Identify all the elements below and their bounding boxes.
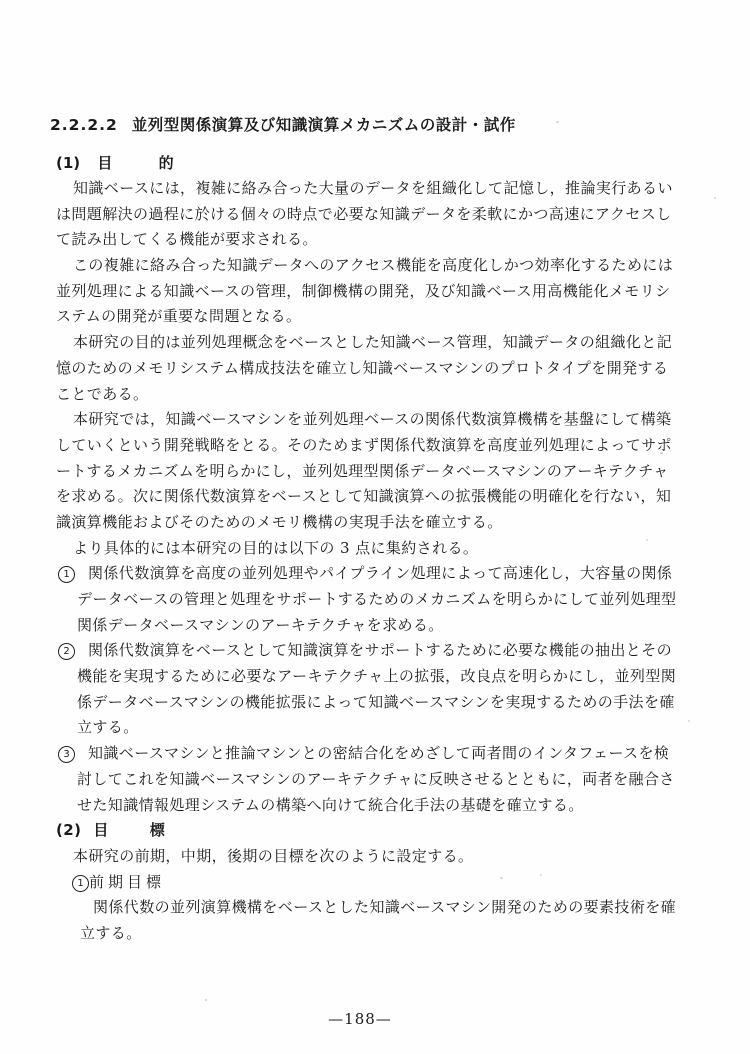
scan-speck [627,186,630,188]
line-text: は問題解決の過程に於ける個々の時点で必要な知識データを柔軟にかつ高速にアクセスし [56,205,672,223]
line-text: 関係代数演算をベースとして知識演算をサポートするために必要な機能の抽出とその [88,641,672,659]
document-content: 2.2.2.2 並列型関係演算及び知識演算メカニズムの設計・試作 (1) 目 的… [56,112,726,947]
circled-number-marker: 1 [58,566,75,583]
line-text: ことである。 [56,385,148,403]
scan-speck [100,642,102,644]
line-text: 立する。 [80,924,142,942]
scan-speck [640,906,643,908]
list-item-line: 2関係代数演算をベースとして知識演算をサポートするために必要な機能の抽出とその [56,638,726,664]
scan-speck [628,361,630,363]
line-text: 前期目標 [89,873,165,891]
line-text: 本研究の前期，中期，後期の目標を次のように設定する。 [73,847,473,865]
text-line: ートするメカニズムを明らかにし，並列処理型関係データベースマシンのアーキテクチャ [56,459,726,485]
line-text: データベースの管理と処理をサポートするためのメカニズムを明らかにして並列処理型 [77,590,676,608]
purpose-heading-char2: 的 [159,154,174,172]
line-text: 関係データベースマシンのアーキテクチャを求める。 [77,616,444,634]
line-text: ートするメカニズムを明らかにし，並列処理型関係データベースマシンのアーキテクチャ [56,462,669,480]
goals-heading-char2: 標 [150,821,165,839]
text-line: 憶のためのメモリシステム構成技法を確立し知識ベースマシンのプロトタイプを開発する [56,356,726,382]
line-text: 知識ベースマシンと推論マシンとの密結合化をめざして両者間のインタフェースを検 [88,744,669,762]
text-line: は問題解決の過程に於ける個々の時点で必要な知識データを柔軟にかつ高速にアクセスし [56,202,726,228]
purpose-heading-char1: 目 [97,154,112,172]
text-line: 関係データベースマシンのアーキテクチャを求める。 [56,613,726,639]
circled-number-marker: 2 [58,643,75,660]
document-page: 2.2.2.2 並列型関係演算及び知識演算メカニズムの設計・試作 (1) 目 的… [0,0,750,1054]
text-line: この複雑に絡み合った知識データへのアクセス機能を高度化しかつ効率化するためには [56,253,726,279]
scan-speck [205,999,207,1001]
list-item-line: 1関係代数演算を高度の並列処理やパイプライン処理によって高速化し，大容量の関係 [56,561,726,587]
section-title-row: 2.2.2.2 並列型関係演算及び知識演算メカニズムの設計・試作 [50,112,726,138]
text-line: ステムの開発が重要な問題となる。 [56,304,726,330]
purpose-heading-number: (1) [56,154,80,172]
line-text: この複雑に絡み合った知識データへのアクセス機能を高度化しかつ効率化するためには [73,256,673,274]
line-text: 並列処理による知識ベースの管理，制御機構の開発，及び知識ベース用高機能化メモリシ [56,282,671,300]
text-line: 本研究の目的は並列処理概念をベースとした知識ベース管理，知識データの組織化と記 [56,330,726,356]
scan-speck [646,539,648,541]
scan-speck [714,197,716,199]
text-line: 本研究の前期，中期，後期の目標を次のように設定する。 [56,844,726,870]
line-text: 関係代数の並列演算機構をベースとした知識ベースマシン開発のための要素技術を確 [93,898,676,916]
line-text: て読み出してくる機能が要求される。 [56,230,318,248]
text-line: 知識ベースには，複雑に絡み合った大量のデータを組織化して記憶し，推論実行あるい [56,176,726,202]
section-number: 2.2.2.2 [50,116,118,134]
line-text: を求める。次に関係代数演算をベースとして知識演算への拡張機能の明確化を行ない，知 [56,487,671,505]
line-text: より具体的には本研究の目的は以下の 3 点に集約される。 [73,539,478,557]
line-text: 識演算機能およびそのためのメモリ機構の実現手法を確立する。 [56,513,503,531]
list-item-line: 3知識ベースマシンと推論マシンとの密結合化をめざして両者間のインタフェースを検 [56,741,726,767]
text-line: 立する。 [56,921,726,947]
text-line: 並列処理による知識ベースの管理，制御機構の開発，及び知識ベース用高機能化メモリシ [56,279,726,305]
text-line: 識演算機能およびそのためのメモリ機構の実現手法を確立する。 [56,510,726,536]
line-text: 関係代数演算を高度の並列処理やパイプライン処理によって高速化し，大容量の関係 [88,564,672,582]
line-text: 討してこれを知識ベースマシンのアーキテクチャに反映させるとともに，両者を融合さ [77,770,675,788]
text-line: 立する。 [56,715,726,741]
text-line: 機能を実現するために必要なアーキテクチャ上の拡張，改良点を明らかにし，並列型関 [56,664,726,690]
line-text: 知識ベースには，複雑に絡み合った大量のデータを組織化して記憶し，推論実行あるい [73,179,673,197]
goals-heading-char1: 目 [93,821,108,839]
text-line: 関係代数の並列演算機構をベースとした知識ベースマシン開発のための要素技術を確 [56,895,726,921]
text-line: データベースの管理と処理をサポートするためのメカニズムを明らかにして並列処理型 [56,587,726,613]
scan-speck [688,720,690,722]
circled-number-marker: 3 [58,746,75,763]
line-text: 本研究では，知識ベースマシンを並列処理ベースの関係代数演算機構を基盤にして構築 [73,410,671,428]
text-line: ことである。 [56,382,726,408]
text-line: 本研究では，知識ベースマシンを並列処理ベースの関係代数演算機構を基盤にして構築 [56,407,726,433]
text-line: て読み出してくる機能が要求される。 [56,227,726,253]
scan-speck [556,121,559,123]
scan-speck [660,452,663,454]
text-line: していくという開発戦略をとる。そのためまず関係代数演算を高度並列処理によってサポ [56,433,726,459]
line-text: 本研究の目的は並列処理概念をベースとした知識ベース管理，知識データの組織化と記 [73,333,672,351]
scan-speck [540,874,542,876]
line-text: 機能を実現するために必要なアーキテクチャ上の拡張，改良点を明らかにし，並列型関 [77,667,676,685]
goals-heading: (2)目標 [56,818,726,844]
section-title: 並列型関係演算及び知識演算メカニズムの設計・試作 [132,116,516,134]
line-text: 係データベースマシンの機能拡張によって知識ベースマシンを実現するための手法を確 [77,693,675,711]
text-line: 係データベースマシンの機能拡張によって知識ベースマシンを実現するための手法を確 [56,690,726,716]
spacer [56,138,726,150]
line-text: していくという開発戦略をとる。そのためまず関係代数演算を高度並列処理によってサポ [56,436,672,454]
line-text: せた知識情報処理システムの構築へ向けて統合化手法の基礎を確立する。 [77,796,584,814]
goals-heading-number: (2) [56,821,81,839]
line-text: ステムの開発が重要な問題となる。 [56,307,301,325]
line-text: 憶のためのメモリシステム構成技法を確立し知識ベースマシンのプロトタイプを開発する [56,359,668,377]
text-line: より具体的には本研究の目的は以下の 3 点に集約される。 [56,536,726,562]
purpose-heading: (1) 目 的 [56,150,726,176]
line-text: 立する。 [77,718,139,736]
body-lines: 知識ベースには，複雑に絡み合った大量のデータを組織化して記憶し，推論実行あるいは… [56,176,726,947]
page-number: —188— [0,1010,735,1028]
circled-number-marker: 1 [72,875,89,892]
text-line: を求める。次に関係代数演算をベースとして知識演算への拡張機能の明確化を行ない，知 [56,484,726,510]
scan-speck [500,877,503,879]
text-line: 討してこれを知識ベースマシンのアーキテクチャに反映させるとともに，両者を融合さ [56,767,726,793]
list-item-line: 1前期目標 [56,870,726,896]
text-line: せた知識情報処理システムの構築へ向けて統合化手法の基礎を確立する。 [56,793,726,819]
